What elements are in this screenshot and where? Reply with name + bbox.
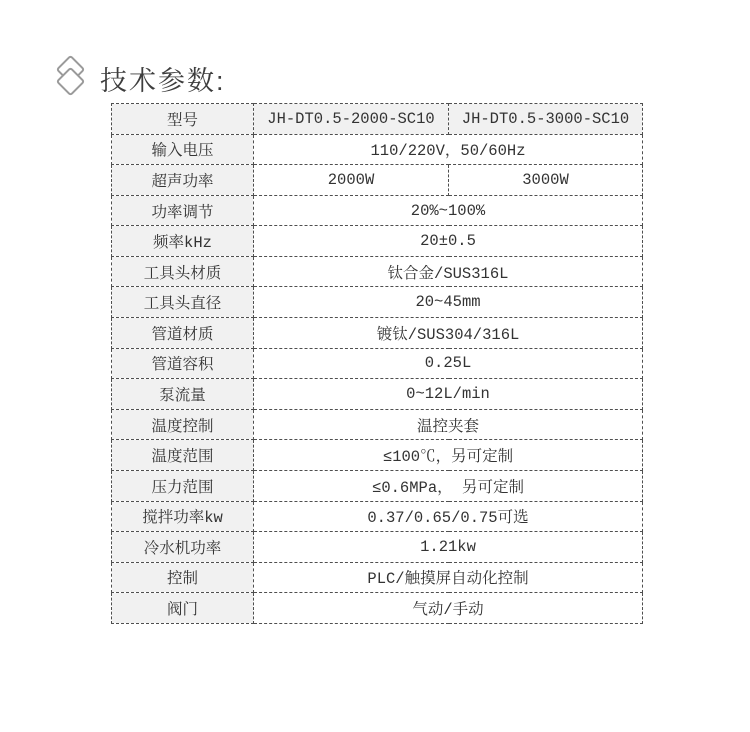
spec-row-label: 压力范围: [112, 470, 254, 501]
spec-row: 压力范围≤0.6MPa， 另可定制: [112, 470, 643, 501]
spec-row-label: 泵流量: [112, 379, 254, 410]
spec-row-value: 0.25L: [254, 348, 643, 379]
spec-row: 工具头直径20~45mm: [112, 287, 643, 318]
spec-row: 搅拌功率kw0.37/0.65/0.75可选: [112, 501, 643, 532]
spec-row-label: 阀门: [112, 593, 254, 624]
section-header: 技术参数:: [52, 56, 226, 100]
spec-row-value: 110/220V，50/60Hz: [254, 134, 643, 165]
spec-row: 管道材质镀钛/SUS304/316L: [112, 318, 643, 349]
spec-row-label: 型号: [112, 104, 254, 135]
spec-row-value: 0.37/0.65/0.75可选: [254, 501, 643, 532]
spec-row-value: 0~12L/min: [254, 379, 643, 410]
section-title: 技术参数:: [100, 59, 226, 98]
spec-row-label: 管道材质: [112, 318, 254, 349]
spec-row-value: 镀钛/SUS304/316L: [254, 318, 643, 349]
spec-row: 频率kHz20±0.5: [112, 226, 643, 257]
spec-row-label: 工具头直径: [112, 287, 254, 318]
spec-row-value: 2000W: [254, 165, 449, 196]
spec-row-label: 工具头材质: [112, 256, 254, 287]
spec-row: 功率调节20%~100%: [112, 195, 643, 226]
spec-row-value: 20%~100%: [254, 195, 643, 226]
spec-row-label: 管道容积: [112, 348, 254, 379]
spec-table-body: 型号JH-DT0.5-2000-SC10JH-DT0.5-3000-SC10输入…: [112, 104, 643, 624]
spec-table: 型号JH-DT0.5-2000-SC10JH-DT0.5-3000-SC10输入…: [111, 103, 643, 624]
spec-row: 型号JH-DT0.5-2000-SC10JH-DT0.5-3000-SC10: [112, 104, 643, 135]
spec-row-value: 20±0.5: [254, 226, 643, 257]
spec-row: 管道容积0.25L: [112, 348, 643, 379]
spec-row-value: 气动/手动: [254, 593, 643, 624]
spec-row-label: 温度范围: [112, 440, 254, 471]
spec-row-value: ≤100℃，另可定制: [254, 440, 643, 471]
spec-row-value: 温控夹套: [254, 409, 643, 440]
spec-row-label: 输入电压: [112, 134, 254, 165]
spec-row: 温度范围≤100℃，另可定制: [112, 440, 643, 471]
spec-row-value: 20~45mm: [254, 287, 643, 318]
spec-row: 控制PLC/触摸屏自动化控制: [112, 562, 643, 593]
spec-row-value: 1.21kw: [254, 532, 643, 563]
spec-row-value: 3000W: [449, 165, 643, 196]
spec-row: 超声功率2000W3000W: [112, 165, 643, 196]
spec-row-label: 温度控制: [112, 409, 254, 440]
spec-row: 温度控制温控夹套: [112, 409, 643, 440]
spec-row-label: 控制: [112, 562, 254, 593]
spec-row-value: JH-DT0.5-3000-SC10: [449, 104, 643, 135]
spec-row: 阀门气动/手动: [112, 593, 643, 624]
spec-row-label: 超声功率: [112, 165, 254, 196]
spec-row: 输入电压110/220V，50/60Hz: [112, 134, 643, 165]
spec-row-label: 功率调节: [112, 195, 254, 226]
spec-row-label: 频率kHz: [112, 226, 254, 257]
double-diamond-icon: [52, 56, 90, 100]
spec-row-label: 搅拌功率kw: [112, 501, 254, 532]
spec-row-value: JH-DT0.5-2000-SC10: [254, 104, 449, 135]
page: 技术参数: 型号JH-DT0.5-2000-SC10JH-DT0.5-3000-…: [0, 0, 750, 732]
spec-row: 工具头材质钛合金/SUS316L: [112, 256, 643, 287]
spec-row: 泵流量0~12L/min: [112, 379, 643, 410]
spec-row-value: PLC/触摸屏自动化控制: [254, 562, 643, 593]
spec-row-value: 钛合金/SUS316L: [254, 256, 643, 287]
spec-row-value: ≤0.6MPa， 另可定制: [254, 470, 643, 501]
spec-row: 冷水机功率1.21kw: [112, 532, 643, 563]
spec-row-label: 冷水机功率: [112, 532, 254, 563]
